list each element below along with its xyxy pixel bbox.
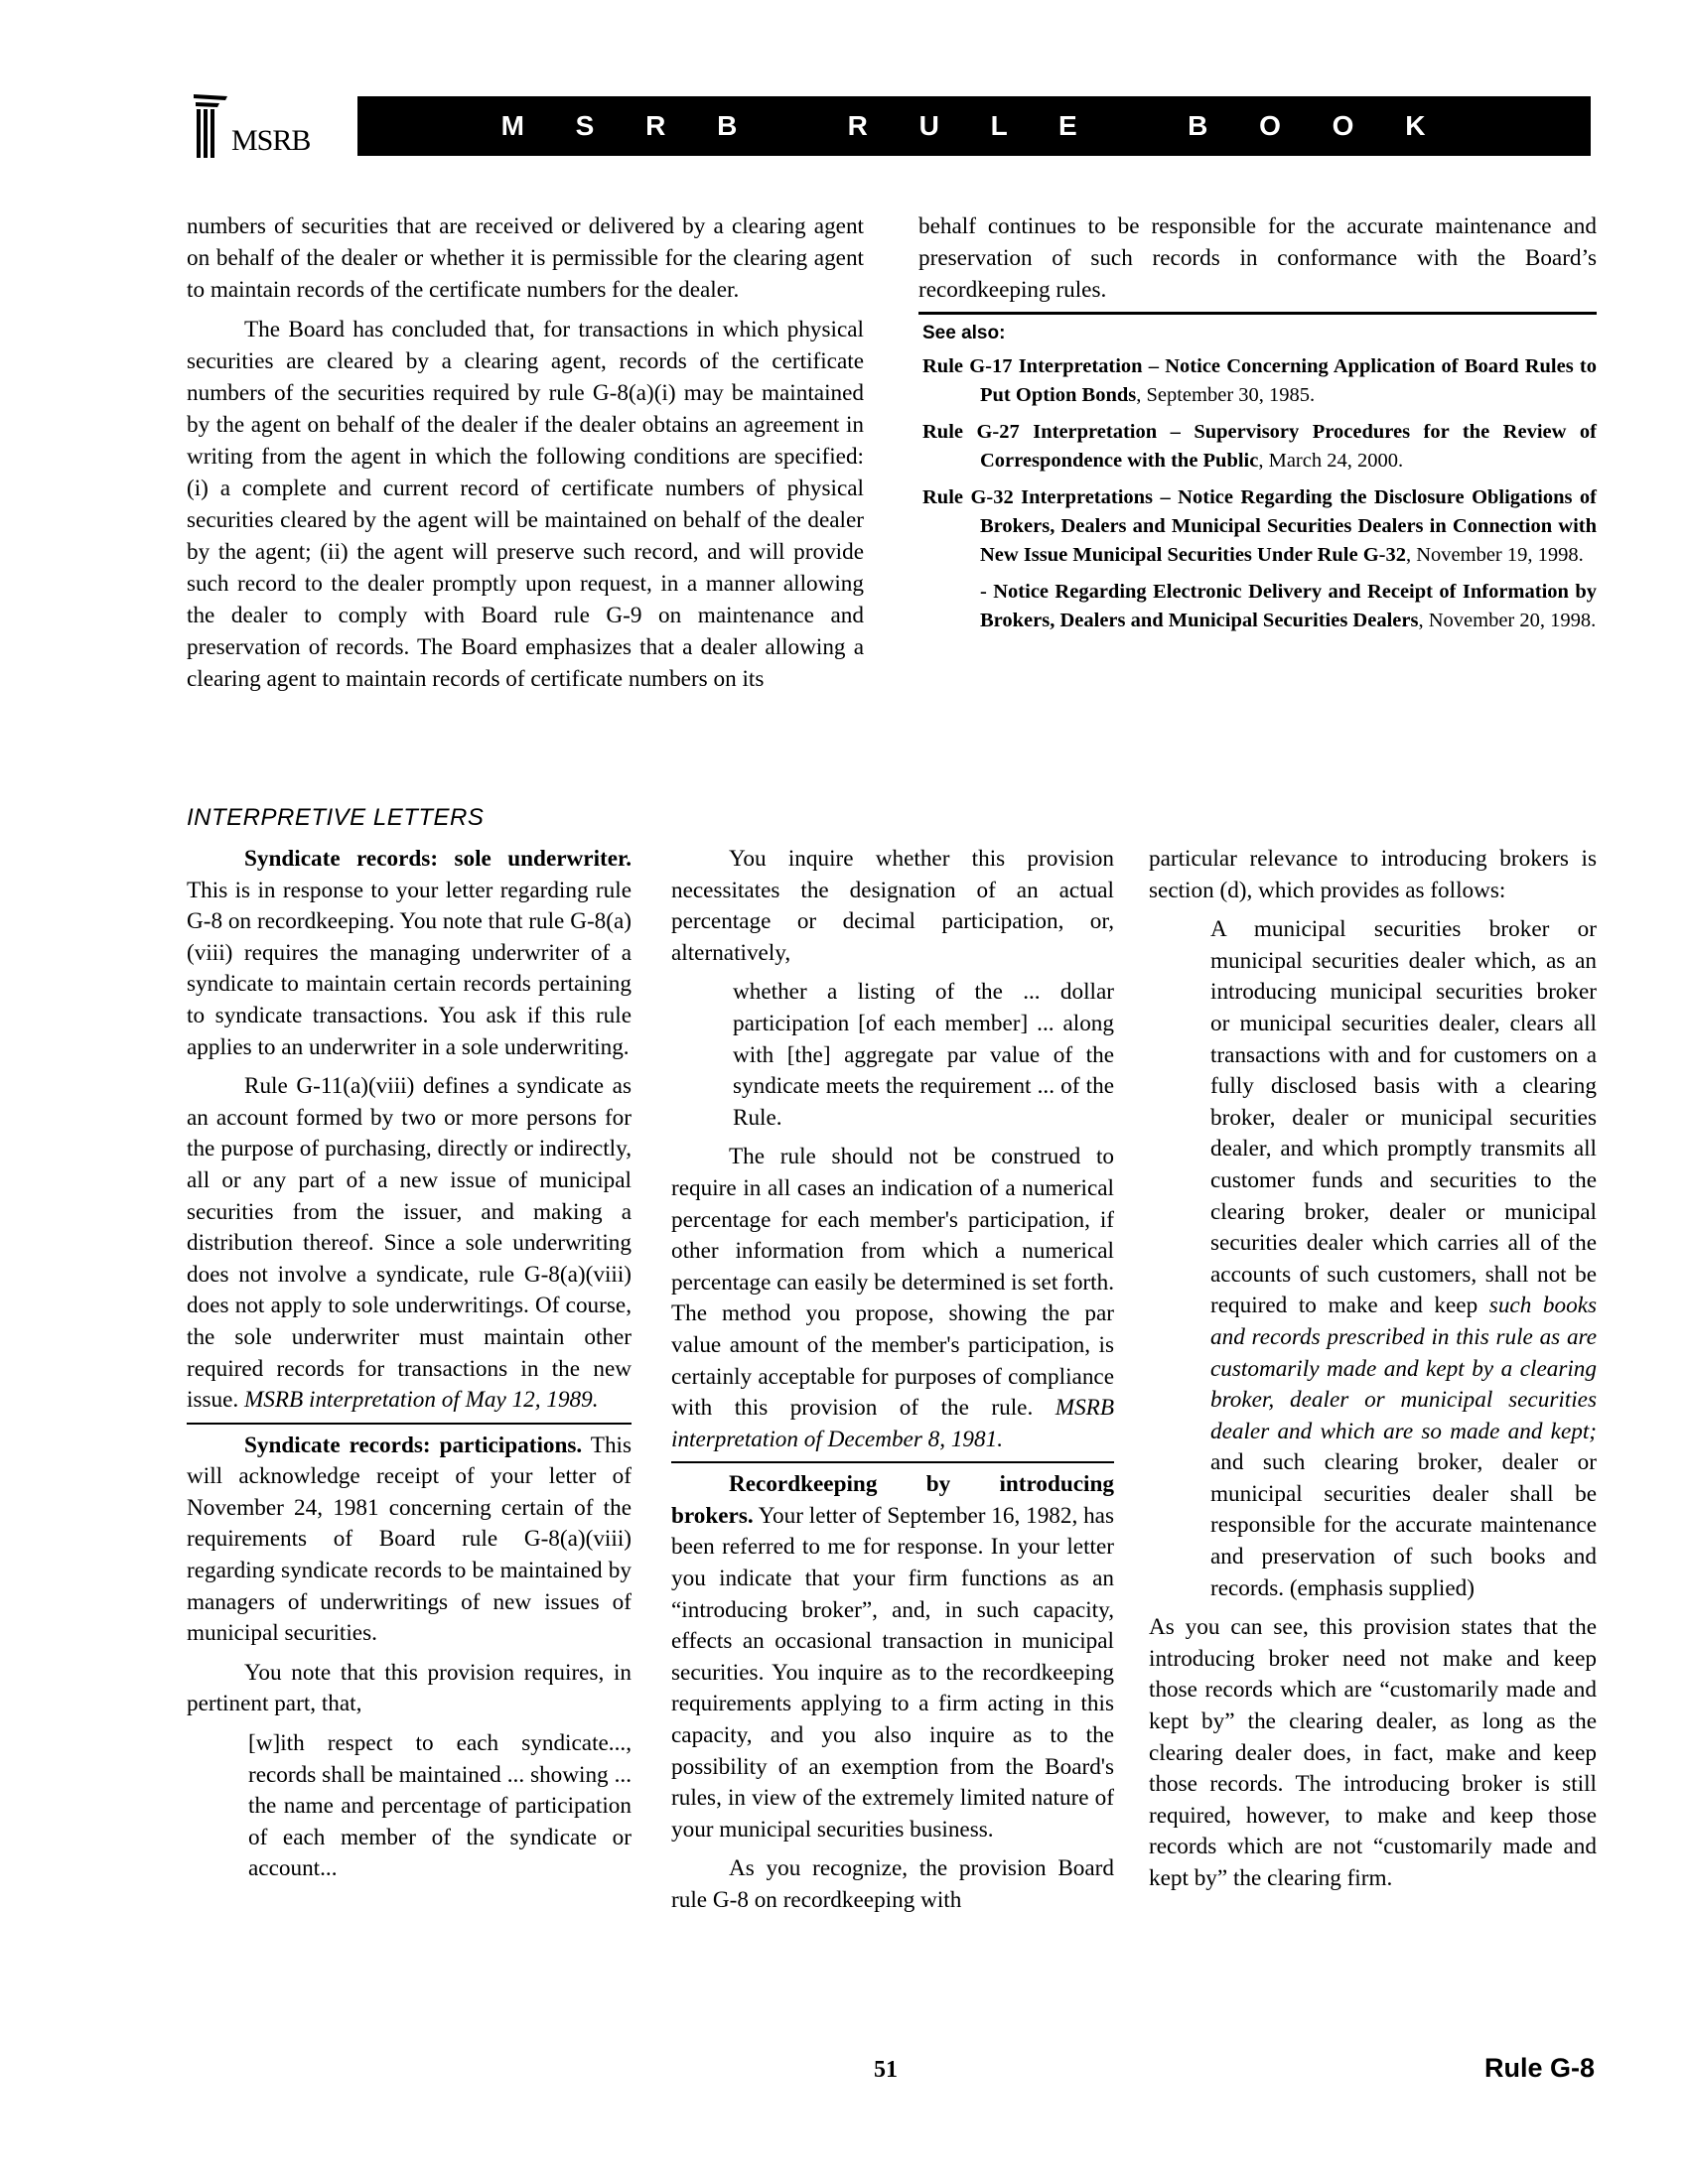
- see-also-ref[interactable]: Rule G-27 Interpretation – Supervisory P…: [918, 418, 1597, 476]
- letter-paragraph: As you can see, this provision states th…: [1149, 1612, 1597, 1894]
- letter-paragraph: particular relevance to introducing brok…: [1149, 844, 1597, 906]
- pillar-icon: [192, 92, 231, 160]
- ref-date: , March 24, 2000.: [1258, 450, 1403, 472]
- see-also-ref[interactable]: Rule G-17 Interpretation – Notice Concer…: [918, 352, 1597, 410]
- block-quote: A municipal securities broker or municip…: [1210, 914, 1597, 1604]
- letter-heading: Syndicate records: participations.: [244, 1433, 582, 1458]
- letter-heading: Syndicate records: sole underwriter.: [244, 846, 632, 872]
- text: The rule should not be construed to requ…: [671, 1144, 1114, 1421]
- paragraph: The Board has concluded that, for transa…: [187, 314, 864, 695]
- ref-date: , November 19, 1998.: [1406, 544, 1584, 566]
- letter-paragraph: Syndicate records: sole underwriter. Thi…: [187, 844, 632, 1063]
- letters-column-1: Syndicate records: sole underwriter. Thi…: [187, 844, 632, 1885]
- see-also-heading: See also:: [922, 323, 1597, 344]
- section-title: INTERPRETIVE LETTERS: [187, 804, 484, 832]
- logo-text: MSRB: [231, 124, 310, 158]
- text: Rule G-11(a)(viii) defines a syndicate a…: [187, 1073, 632, 1413]
- letter-paragraph: The rule should not be construed to requ…: [671, 1142, 1114, 1455]
- letter-paragraph: You inquire whether this provision neces…: [671, 844, 1114, 969]
- footer-rule-label: Rule G-8: [1484, 2053, 1595, 2084]
- upper-left-column: numbers of securities that are received …: [187, 210, 864, 695]
- letter-paragraph: Recordkeeping by introducing brokers. Yo…: [671, 1469, 1114, 1845]
- ref-date: , September 30, 1985.: [1136, 384, 1315, 406]
- divider: [918, 312, 1597, 315]
- ref-date: , November 20, 1998.: [1418, 610, 1596, 631]
- see-also-ref[interactable]: Rule G-32 Interpretations – Notice Regar…: [918, 483, 1597, 570]
- divider: [187, 1423, 632, 1425]
- paragraph: behalf continues to be responsible for t…: [918, 210, 1597, 306]
- text: This is in response to your letter regar…: [187, 878, 632, 1060]
- block-quote: whether a listing of the ... dollar part…: [733, 977, 1114, 1134]
- text: A municipal securities broker or municip…: [1210, 916, 1597, 1318]
- letter-paragraph: Rule G-11(a)(viii) defines a syndicate a…: [187, 1071, 632, 1417]
- letters-column-2: You inquire whether this provision neces…: [671, 844, 1114, 1917]
- block-quote: [w]ith respect to each syndicate..., rec…: [248, 1728, 632, 1885]
- text: and such clearing broker, dealer or muni…: [1210, 1449, 1597, 1600]
- citation: MSRB interpretation of May 12, 1989.: [244, 1387, 599, 1413]
- rule-book-title: M S R B R U L E B O O K: [501, 110, 1448, 142]
- paragraph: numbers of securities that are received …: [187, 210, 864, 306]
- letter-paragraph: Syndicate records: participations. This …: [187, 1431, 632, 1650]
- text: Your letter of September 16, 1982, has b…: [671, 1503, 1114, 1843]
- page-number: 51: [874, 2057, 898, 2084]
- upper-right-column: behalf continues to be responsible for t…: [918, 210, 1597, 643]
- divider: [671, 1461, 1114, 1463]
- text: This will acknowledge receipt of your le…: [187, 1433, 632, 1647]
- header-bar: M S R B R U L E B O O K: [357, 96, 1591, 156]
- letter-paragraph: You note that this provision requires, i…: [187, 1658, 632, 1720]
- msrb-logo: MSRB: [192, 92, 331, 162]
- see-also-ref[interactable]: - Notice Regarding Electronic Delivery a…: [918, 578, 1597, 635]
- letters-column-3: particular relevance to introducing brok…: [1149, 844, 1597, 1895]
- letter-paragraph: As you recognize, the provision Board ru…: [671, 1853, 1114, 1916]
